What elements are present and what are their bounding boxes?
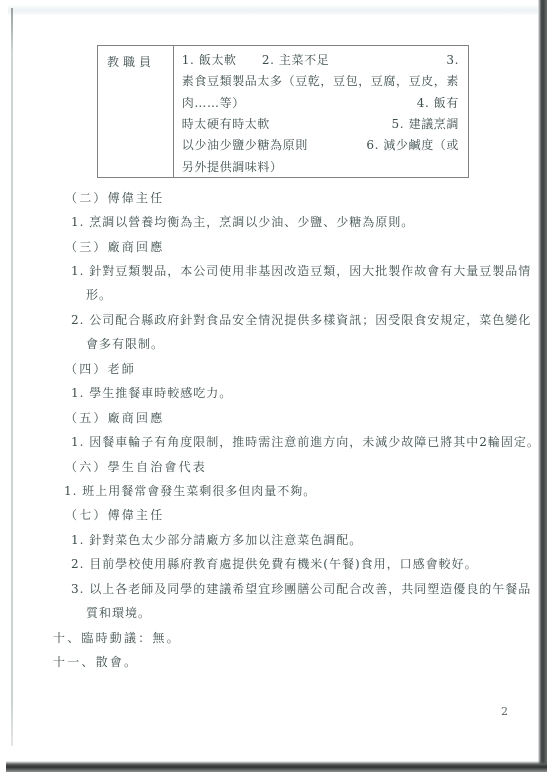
table-content-line: 時太硬有時太軟5. 建議烹調 <box>182 113 459 134</box>
body-line: 1. 因餐車輪子有角度限制，推時需注意前進方向，未減少故障已將其中2輪固定。 <box>0 429 547 453</box>
scan-edge-bottom <box>6 761 547 772</box>
scan-edge-right <box>538 0 547 772</box>
body-line: （三）廠商回應 <box>0 234 547 258</box>
table-line-left: 時太硬有時太軟 <box>182 115 270 132</box>
table-line-left: 以少油少鹽少糖為原則 <box>182 136 308 153</box>
body-line: 形。 <box>0 283 547 307</box>
body-line: 會多有限制。 <box>0 332 547 356</box>
page-number: 2 <box>501 705 508 718</box>
table-line-right: 3. <box>446 53 459 67</box>
table-line-right: 5. 建議烹調 <box>392 115 459 132</box>
body-line: （四）老師 <box>0 356 547 380</box>
body-line: 1. 針對菜色太少部分請廠方多加以注意菜色調配。 <box>0 527 547 551</box>
table-line-left: 肉……等） <box>182 94 245 111</box>
body-line: （七）傅偉主任 <box>0 503 547 527</box>
table-content-line: 另外提供調味料） <box>182 156 459 177</box>
table-line-left: 另外提供調味料） <box>182 158 283 175</box>
body-line: 十一、散會。 <box>0 649 547 673</box>
body-line: 2. 公司配合縣政府針對食品安全情況提供多樣資訊；因受限食安規定，菜色變化 <box>0 307 547 331</box>
body-line: 1. 班上用餐常會發生菜剩很多但肉量不夠。 <box>0 478 547 502</box>
minutes-body: （二）傅偉主任1. 烹調以營養均衡為主，烹調以少油、少鹽、少糖為原則。（三）廠商… <box>0 185 547 674</box>
table-content-line: 肉……等）4. 飯有 <box>182 92 459 113</box>
body-line: 3. 以上各老師及同學的建議希望宜珍團膳公司配合改善，共同塑造優良的午餐品 <box>0 576 547 600</box>
body-line: （五）廠商回應 <box>0 405 547 429</box>
body-line: 質和環境。 <box>0 600 547 624</box>
body-line: 1. 烹調以營養均衡為主，烹調以少油、少鹽、少糖為原則。 <box>0 209 547 233</box>
body-line: （六）學生自治會代表 <box>0 454 547 478</box>
table-content-line: 素食豆類製品太多（豆乾，豆包，豆腐，豆皮，素 <box>182 70 459 91</box>
body-line: （二）傅偉主任 <box>0 185 547 209</box>
scan-edge-top <box>8 6 540 15</box>
feedback-table: 教職員 1. 飯太軟 2. 主菜不足3.素食豆類製品太多（豆乾，豆包，豆腐，豆皮… <box>97 45 469 178</box>
body-line: 2. 目前學校使用縣府教育處提供免費有機米(午餐)食用，口感會較好。 <box>0 552 547 576</box>
body-line: 1. 針對豆類製品，本公司使用非基因改造豆類，因大批製作故會有大量豆製品情 <box>0 258 547 282</box>
table-line-left: 1. 飯太軟 2. 主菜不足 <box>182 51 330 68</box>
table-content-line: 以少油少鹽少糖為原則6. 減少鹹度（或 <box>182 134 459 155</box>
table-line-right: 4. 飯有 <box>417 94 459 111</box>
table-line-right: 6. 減少鹹度（或 <box>366 136 459 153</box>
table-row-header: 教職員 <box>98 46 174 177</box>
body-line: 十、臨時動議：無。 <box>0 625 547 649</box>
table-content-line: 1. 飯太軟 2. 主菜不足3. <box>182 49 459 70</box>
table-row-content: 1. 飯太軟 2. 主菜不足3.素食豆類製品太多（豆乾，豆包，豆腐，豆皮，素肉…… <box>174 46 468 177</box>
body-line: 1. 學生推餐車時較感吃力。 <box>0 381 547 405</box>
table-line-left: 素食豆類製品太多（豆乾，豆包，豆腐，豆皮，素 <box>182 72 459 89</box>
